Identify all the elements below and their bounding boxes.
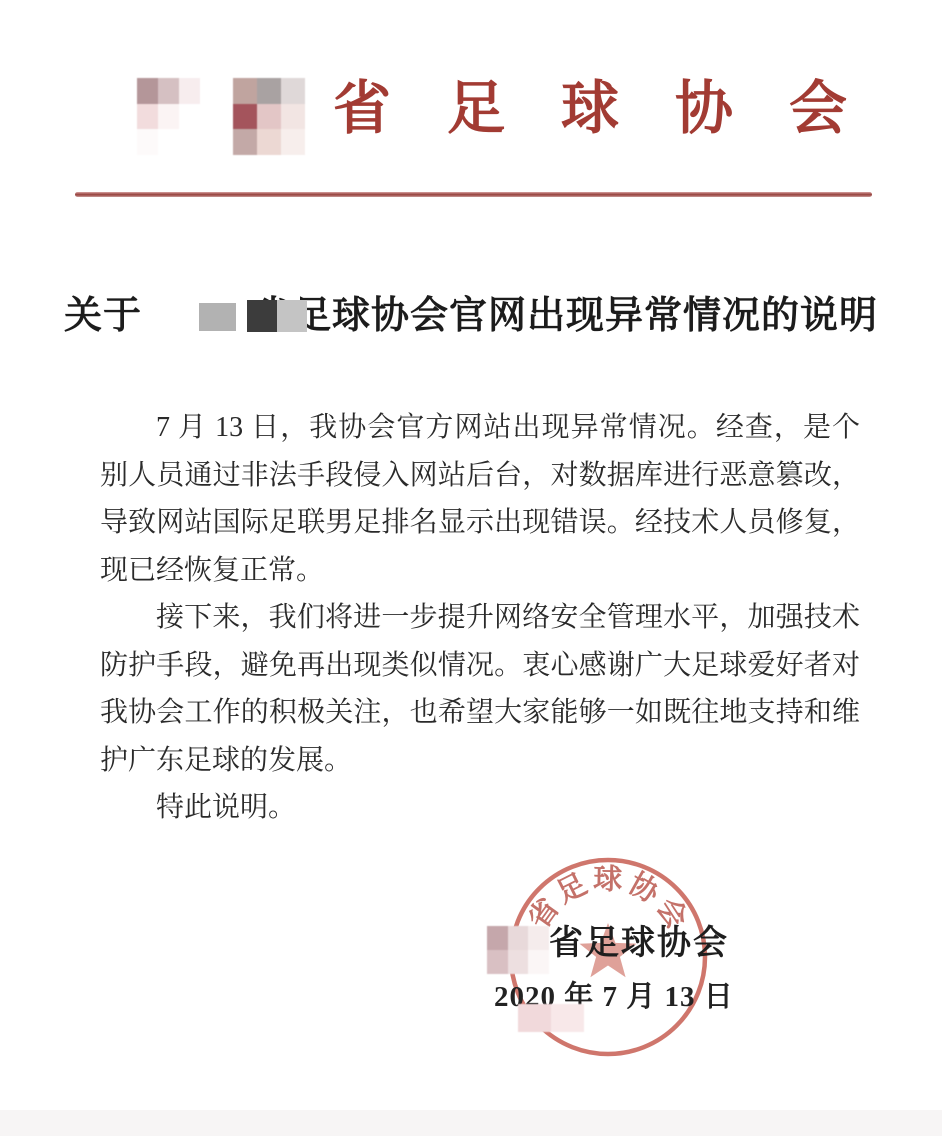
scan-edge-shading bbox=[0, 1110, 942, 1136]
document-body: 7 月 13 日，我协会官方网站出现异常情况。经查，是个别人员通过非法手段侵入网… bbox=[100, 404, 860, 832]
document-title-prefix: 关于 bbox=[64, 293, 142, 339]
signature-org-name: 省足球协会 bbox=[549, 924, 729, 965]
signature-censored-block bbox=[487, 926, 549, 974]
title-censored-block-b bbox=[247, 300, 307, 332]
signature-censored-block-small bbox=[518, 1004, 584, 1032]
letterhead-censored-block-2 bbox=[233, 78, 305, 155]
letterhead-divider-rule bbox=[75, 192, 872, 197]
document-title-suffix: 省足球协会官网出现异常情况的说明 bbox=[254, 293, 878, 339]
letterhead-org-name: 省足球协会 bbox=[333, 80, 903, 138]
paragraph-incident: 7 月 13 日，我协会官方网站出现异常情况。经查，是个别人员通过非法手段侵入网… bbox=[100, 404, 860, 594]
paragraph-measures: 接下来，我们将进一步提升网络安全管理水平，加强技术防护手段，避免再出现类似情况。… bbox=[100, 594, 860, 784]
title-censored-block-a bbox=[199, 303, 236, 331]
paragraph-closing: 特此说明。 bbox=[100, 784, 860, 832]
scanned-document-page: 省足球协会 关于 省足球协会官网出现异常情况的说明 7 月 13 日，我协会官方… bbox=[0, 0, 942, 1136]
letterhead-censored-block-1 bbox=[137, 78, 200, 155]
document-title: 关于 省足球协会官网出现异常情况的说明 bbox=[0, 293, 942, 339]
